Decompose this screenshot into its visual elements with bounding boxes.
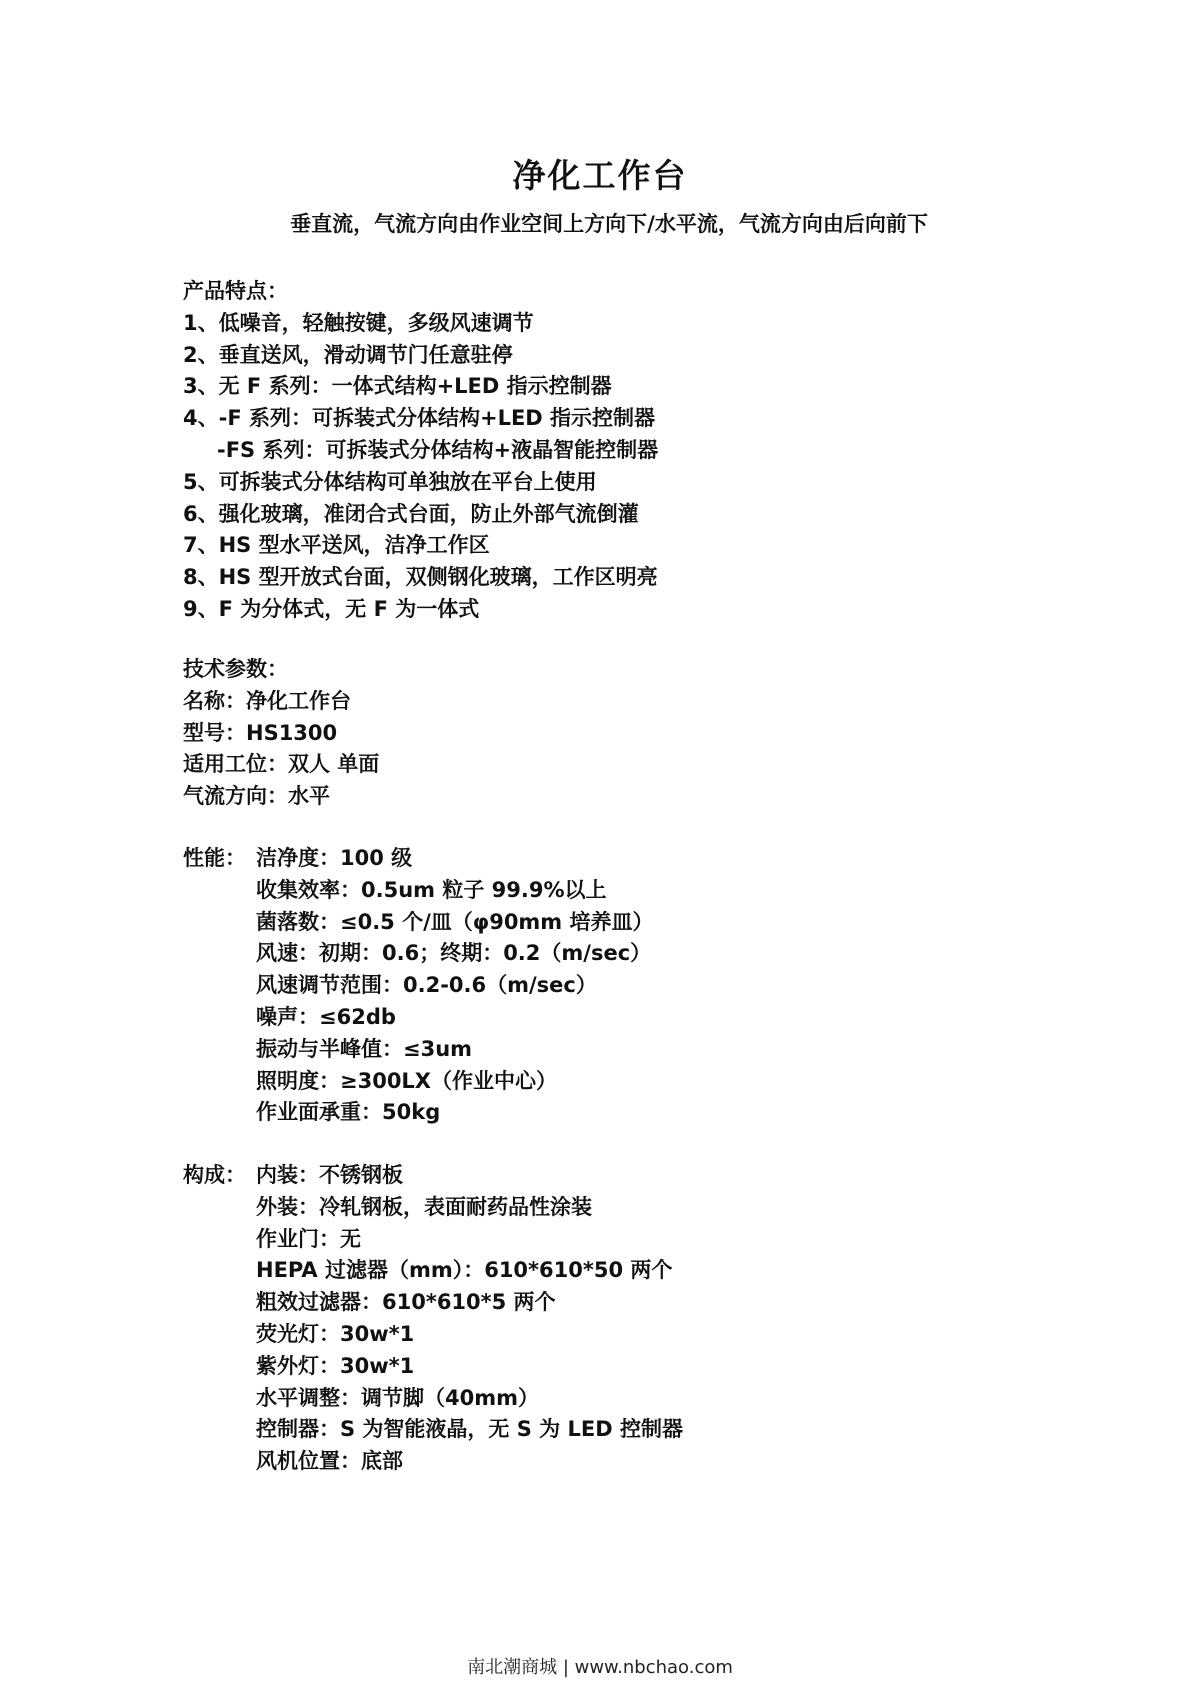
feature-item: 7、HS 型水平送风，洁净工作区 xyxy=(183,530,658,562)
composition-item: 紫外灯：30w*1 xyxy=(256,1351,414,1383)
tech-section: 技术参数： 名称：净化工作台 型号：HS1300 适用工位：双人 单面 气流方向… xyxy=(183,654,379,813)
feature-item: 2、垂直送风，滑动调节门任意驻停 xyxy=(183,340,658,372)
tech-item: 气流方向：水平 xyxy=(183,781,379,813)
performance-item: 作业面承重：50kg xyxy=(256,1097,440,1129)
feature-item: 6、强化玻璃，准闭合式台面，防止外部气流倒灌 xyxy=(183,499,658,531)
feature-item: 9、F 为分体式，无 F 为一体式 xyxy=(183,594,658,626)
composition-item: 风机位置：底部 xyxy=(256,1446,403,1478)
composition-item: HEPA 过滤器（mm）：610*610*50 两个 xyxy=(256,1255,672,1287)
feature-item: 3、无 F 系列：一体式结构+LED 指示控制器 xyxy=(183,371,658,403)
performance-item: 照明度：≥300LX（作业中心） xyxy=(256,1066,557,1098)
performance-item: 菌落数：≤0.5 个/皿（φ90mm 培养皿） xyxy=(256,907,654,939)
footer-watermark: 南北潮商城 | www.nbchao.com xyxy=(0,1653,1200,1679)
tech-item: 名称：净化工作台 xyxy=(183,686,379,718)
feature-item: 5、可拆装式分体结构可单独放在平台上使用 xyxy=(183,467,658,499)
performance-item: 振动与半峰值：≤3um xyxy=(256,1034,472,1066)
composition-item: 作业门：无 xyxy=(256,1224,361,1256)
composition-item: 水平调整：调节脚（40mm） xyxy=(256,1383,539,1415)
feature-item: -FS 系列：可拆装式分体结构+液晶智能控制器 xyxy=(183,435,658,467)
composition-item: 内装：不锈钢板 xyxy=(256,1160,403,1192)
feature-item: 8、HS 型开放式台面，双侧钢化玻璃，工作区明亮 xyxy=(183,562,658,594)
performance-item: 收集效率：0.5um 粒子 99.9%以上 xyxy=(256,875,607,907)
features-heading: 产品特点： xyxy=(183,276,658,308)
composition-section: 构成： 内装：不锈钢板 外装：冷轧钢板，表面耐药品性涂装 作业门：无 HEPA … xyxy=(183,1160,683,1478)
feature-item: 4、-F 系列：可拆装式分体结构+LED 指示控制器 xyxy=(183,403,658,435)
composition-item: 粗效过滤器：610*610*5 两个 xyxy=(256,1287,556,1319)
feature-item: 1、低噪音，轻触按键，多级风速调节 xyxy=(183,308,658,340)
performance-item: 噪声：≤62db xyxy=(256,1002,396,1034)
performance-label: 性能： xyxy=(183,843,256,875)
page-title: 净化工作台 xyxy=(0,150,1200,197)
performance-item: 风速：初期：0.6；终期：0.2（m/sec） xyxy=(256,938,651,970)
tech-item: 型号：HS1300 xyxy=(183,718,379,750)
performance-item: 风速调节范围：0.2-0.6（m/sec） xyxy=(256,970,597,1002)
composition-item: 荧光灯：30w*1 xyxy=(256,1319,414,1351)
composition-label: 构成： xyxy=(183,1160,256,1192)
composition-item: 控制器：S 为智能液晶，无 S 为 LED 控制器 xyxy=(256,1414,683,1446)
tech-heading: 技术参数： xyxy=(183,654,379,686)
performance-item: 洁净度：100 级 xyxy=(256,843,412,875)
page-subtitle: 垂直流，气流方向由作业空间上方向下/水平流，气流方向由后向前下 xyxy=(0,208,1200,238)
composition-item: 外装：冷轧钢板，表面耐药品性涂装 xyxy=(256,1192,592,1224)
performance-section: 性能： 洁净度：100 级 收集效率：0.5um 粒子 99.9%以上 菌落数：… xyxy=(183,843,654,1129)
features-section: 产品特点： 1、低噪音，轻触按键，多级风速调节 2、垂直送风，滑动调节门任意驻停… xyxy=(183,276,658,626)
tech-item: 适用工位：双人 单面 xyxy=(183,749,379,781)
